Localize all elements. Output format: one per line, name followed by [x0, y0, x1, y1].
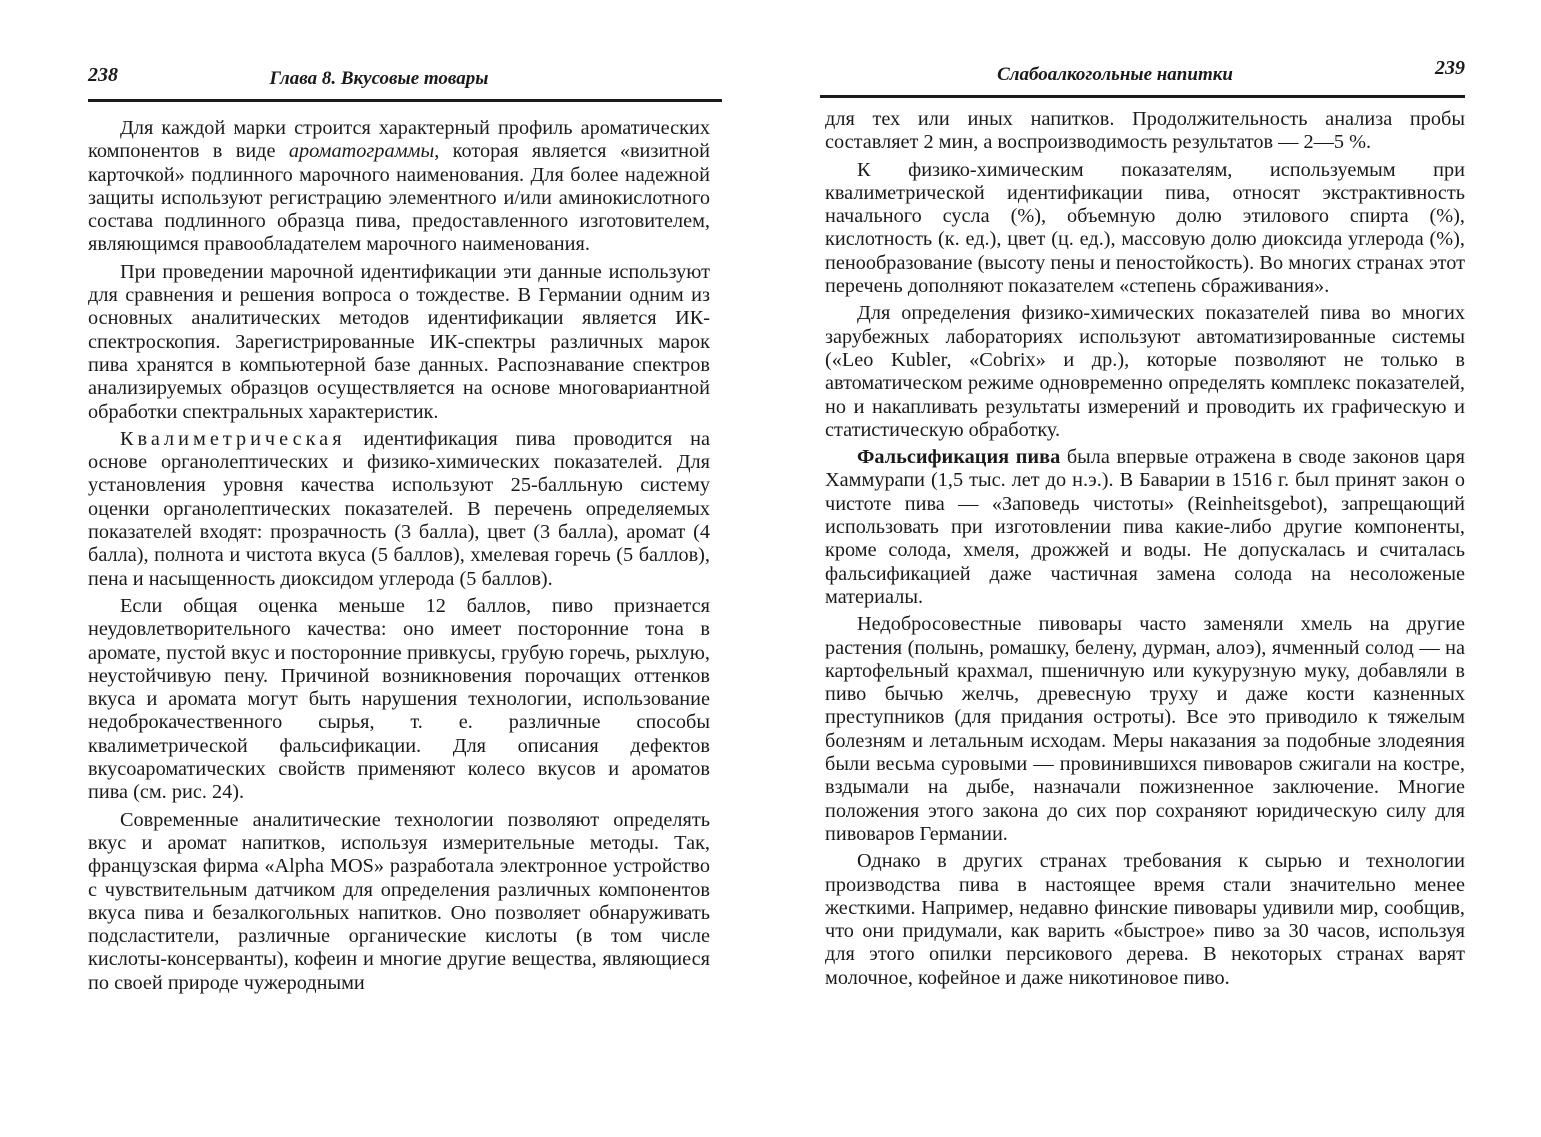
page-number: 239 — [1435, 57, 1465, 80]
paragraph: Для определения физико-химических показа… — [825, 302, 1465, 442]
italic-term: ароматограммы — [289, 140, 434, 162]
paragraph: Если общая оценка меньше 12 баллов, пиво… — [88, 595, 710, 805]
body-text: для тех или иных напитков. Продолжительн… — [825, 108, 1465, 994]
paragraph: Для каждой марки строится характерный пр… — [88, 117, 710, 257]
text-run: идентификация пива проводится на основе … — [88, 428, 710, 590]
body-text: Для каждой марки строится характерный пр… — [88, 117, 710, 999]
running-head: 238 Глава 8. Вкусовые товары — [88, 64, 710, 94]
text-run: была впервые отражена в своде законов ца… — [825, 446, 1465, 608]
running-head: Слабоалкогольные напитки 239 — [825, 60, 1465, 90]
paragraph: для тех или иных напитков. Продолжительн… — [825, 108, 1465, 155]
section-title: Слабоалкогольные напитки — [765, 64, 1465, 86]
chapter-title: Глава 8. Вкусовые товары — [48, 68, 710, 90]
paragraph: К физико-химическим показателям, использ… — [825, 159, 1465, 299]
paragraph: При проведении марочной идентификации эт… — [88, 261, 710, 424]
paragraph: Квалиметрическая идентификация пива пров… — [88, 428, 710, 591]
paragraph: Современные аналитические технологии поз… — [88, 809, 710, 995]
paragraph: Недобросовестные пивовары часто заменяли… — [825, 613, 1465, 846]
bold-term: Фальсификация пива — [857, 446, 1060, 468]
spaced-term: Квалиметрическая — [120, 428, 346, 450]
paragraph: Однако в других странах требования к сыр… — [825, 850, 1465, 990]
paragraph: Фальсификация пива была впервые отражена… — [825, 446, 1465, 609]
header-rule — [88, 99, 722, 102]
header-rule — [820, 95, 1465, 98]
